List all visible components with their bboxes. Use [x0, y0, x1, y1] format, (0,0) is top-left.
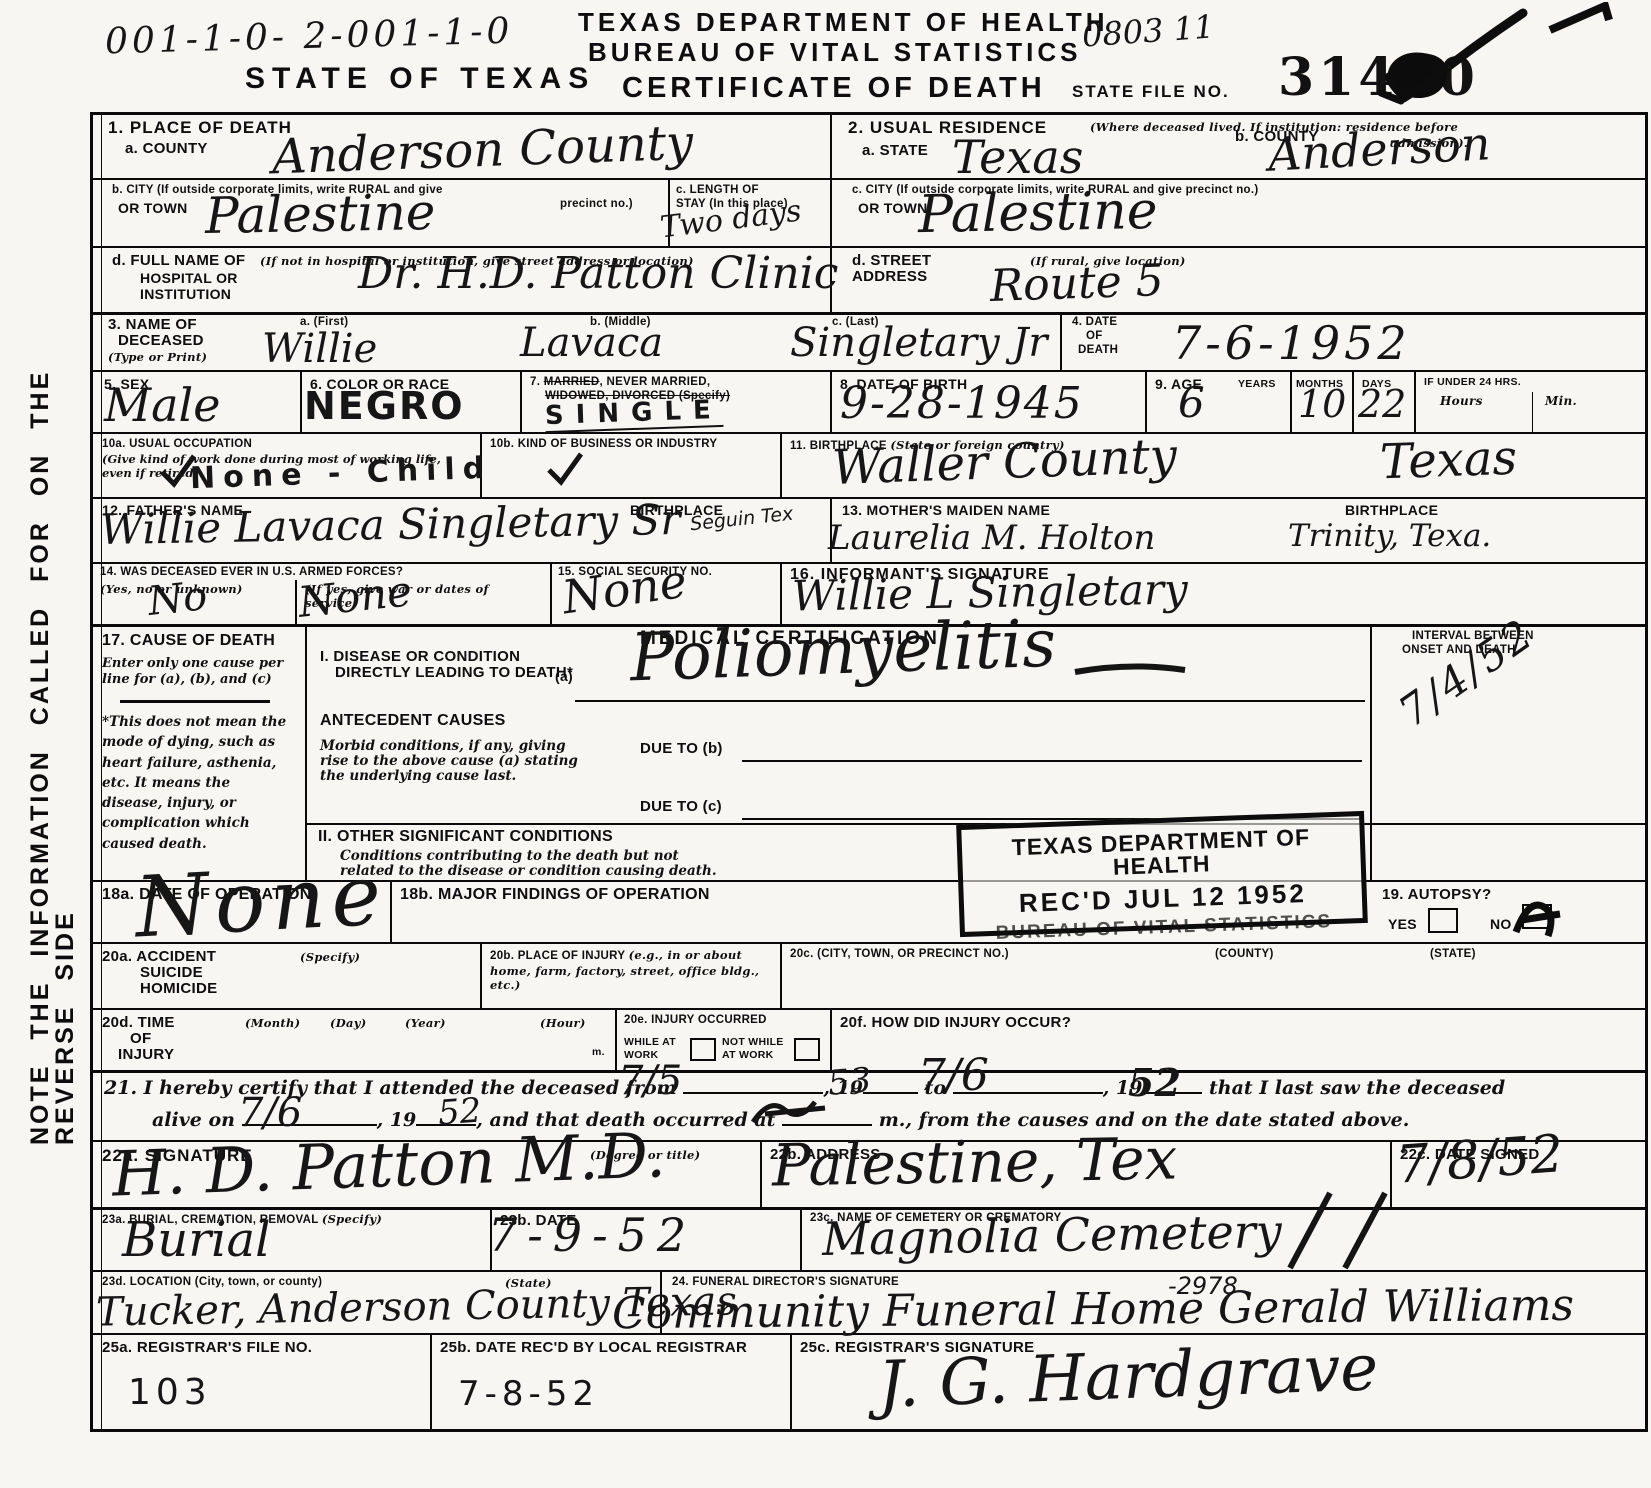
dept-title: TEXAS DEPARTMENT OF HEALTH: [578, 8, 1109, 38]
received-stamp: TEXAS DEPARTMENT OF HEALTH REC'D JUL 12 …: [956, 811, 1368, 937]
state-file-no: 31420: [1278, 52, 1479, 104]
state-file-no-label: STATE FILE NO.: [1072, 82, 1230, 102]
death-certificate-scan: 001-1-0- 2-001-1-0 STATE OF TEXAS TEXAS …: [0, 0, 1651, 1488]
top-left-code: 001-1-0- 2-001-1-0: [105, 11, 514, 63]
form-outline: [90, 112, 1648, 1432]
reverse-side-note: NOTE THE INFORMATION CALLED FOR ON THE R…: [28, 215, 78, 1145]
bureau-title: BUREAU OF VITAL STATISTICS: [588, 38, 1082, 68]
stamp-line1: TEXAS DEPARTMENT OF HEALTH: [962, 824, 1361, 884]
state-of-texas: STATE OF TEXAS: [245, 62, 595, 97]
certificate-title: CERTIFICATE OF DEATH: [622, 72, 1046, 105]
corner-ink-mark: [1545, 2, 1615, 37]
